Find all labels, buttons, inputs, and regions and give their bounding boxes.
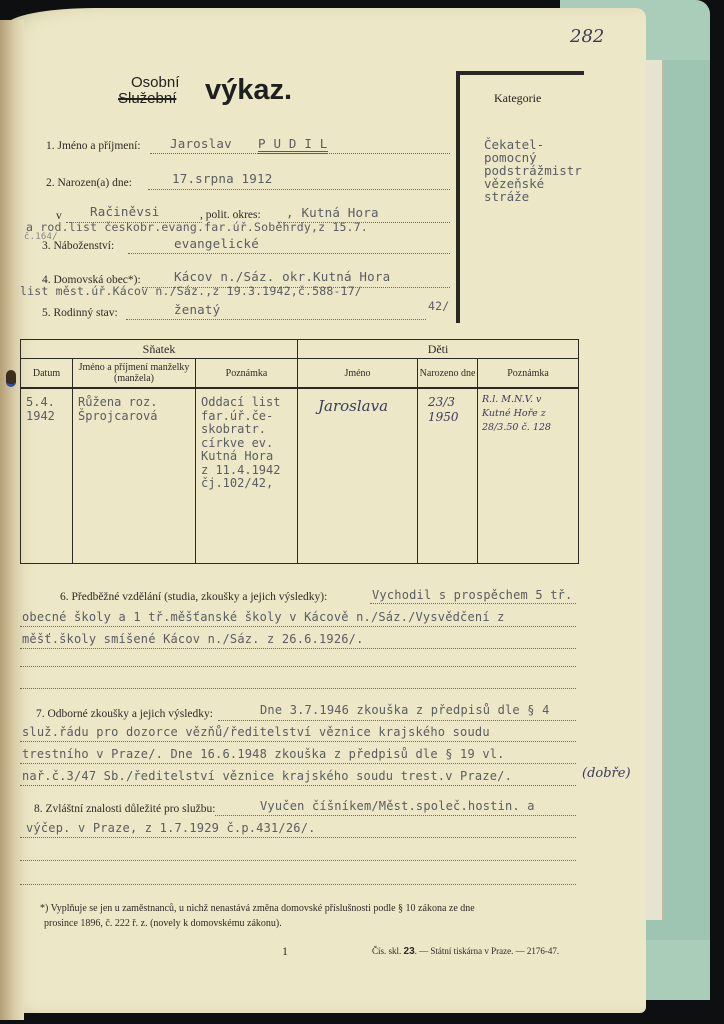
marital-status-line (126, 319, 426, 320)
education-dotline-3 (20, 648, 576, 649)
name-label: 1. Jméno a příjmení: (46, 140, 141, 152)
footnote-line-2: prosince 1896, č. 222 ř. z. (novely k do… (44, 918, 282, 929)
exams-dotline-4 (20, 785, 576, 786)
binder-clip-icon (6, 370, 16, 387)
special-skills-label: 8. Zvláštní znalosti důležité pro službu… (34, 803, 215, 815)
religion-value: evangelické (174, 236, 259, 251)
marriage-header: Sňatek (21, 340, 298, 359)
skills-dotline-2 (20, 837, 576, 838)
col-child-note: Poznámka (478, 359, 579, 389)
first-name-value: Jaroslav (170, 136, 232, 151)
spouse-name: Růžena roz. Šprojcarová (73, 389, 195, 423)
footnote-line-1: *) Vyplňuje se jen u zaměstnanců, u nich… (40, 903, 475, 914)
exams-dotline-3 (20, 763, 576, 764)
exams-line-3: trestního v Praze/. Dne 16.6.1948 zkoušk… (22, 747, 505, 761)
religion-label: 3. Náboženství: (42, 240, 114, 252)
exams-line-1: Dne 3.7.1946 zkouška z předpisů dle § 4 (260, 703, 550, 717)
last-name-value: P U D I L (258, 136, 328, 154)
birth-place-value: Račiněvsi (90, 204, 160, 219)
child-birth-date: 23/3 1950 (418, 389, 477, 425)
district-value: , Kutná Hora (286, 205, 379, 220)
printer-rest: . — Státní tiskárna v Praze. — 2176-47. (415, 946, 559, 956)
exams-line-4: nař.č.3/47 Sb./ředitelství věznice krajs… (22, 769, 512, 783)
col-child-name: Jméno (298, 359, 418, 389)
page-title: výkaz. (205, 74, 292, 107)
skills-dotline-3 (20, 860, 576, 861)
title-kind-selected: Osobní (131, 74, 179, 91)
page-number: 282 (570, 26, 604, 47)
col-marriage-note: Poznámka (196, 359, 298, 389)
domicile-note: list měst.úř.Kácov n./Sáz.,z 19.3.1942,č… (20, 284, 362, 298)
birth-date-label: 2. Narozen(a) dne: (46, 177, 132, 189)
col-spouse: Jméno a příjmení manželky (manžela) (73, 359, 196, 389)
printer-prefix: Čís. skl. (372, 946, 401, 956)
exams-line-2: služ.řádu pro dozorce vězňů/ředitelství … (22, 725, 490, 739)
education-line-2: obecné školy a 1 tř.měšťanské školy v Ká… (22, 610, 505, 624)
table-row: 5.4. 1942 Růžena roz. Šprojcarová Oddací… (21, 388, 579, 564)
domicile-value: Kácov n./Sáz. okr.Kutná Hora (174, 269, 390, 284)
exams-dotline-1 (218, 720, 576, 721)
birth-date-value: 17.srpna 1912 (172, 171, 272, 186)
skills-dotline-4 (20, 884, 576, 885)
page-number-printed: 1 (282, 944, 288, 959)
skills-dotline-1 (215, 815, 576, 816)
special-skills-line-2: výčep. v Praze, z 1.7.1929 č.p.431/26/. (26, 821, 316, 835)
exams-dotline-2 (20, 741, 576, 742)
education-dotline-5 (20, 688, 576, 689)
education-dotline-1 (370, 603, 576, 604)
category-value: Čekatel- pomocný podstrážmistr vězeňské … (484, 138, 582, 203)
birth-record-note: a rod.list českobr.evang.far.úř.Soběhrdy… (26, 220, 368, 234)
education-dotline-2 (20, 626, 576, 627)
category-label: Kategorie (494, 91, 541, 106)
marriage-children-table: Sňatek Děti Datum Jméno a příjmení manže… (20, 339, 579, 564)
title-kind-struck: Služební (118, 90, 176, 107)
marital-status-value: ženatý (174, 302, 220, 317)
education-line-3: měšť.školy smíšené Kácov n./Sáz. z 26.6.… (22, 632, 364, 646)
marriage-date: 5.4. 1942 (21, 389, 72, 423)
printer-number: 23 (404, 946, 415, 957)
exams-handwritten-note: (dobře) (582, 766, 631, 781)
education-line-1: Vychodil s prospěchem 5 tř. (372, 588, 572, 602)
printer-imprint: Čís. skl. 23. — Státní tiskárna v Praze.… (372, 946, 559, 957)
education-dotline-4 (20, 666, 576, 667)
education-label: 6. Předběžné vzdělání (studia, zkoušky a… (60, 591, 327, 603)
col-child-born: Narozeno dne (418, 359, 478, 389)
exams-label: 7. Odborné zkoušky a jejich výsledky: (36, 708, 213, 720)
child-name: Jaroslava (298, 389, 417, 415)
col-date: Datum (21, 359, 73, 389)
child-note: R.l. M.N.V. v Kutné Hoře z 28/3.50 č. 12… (478, 389, 578, 435)
marriage-note: Oddací list far.úř.če- skobratr. církve … (196, 389, 297, 491)
children-header: Děti (298, 340, 579, 359)
birth-date-line (148, 189, 450, 190)
domicile-note-end: 42/ (428, 299, 449, 313)
special-skills-line-1: Vyučen číšníkem/Měst.společ.hostin. a (260, 799, 535, 813)
marital-status-label: 5. Rodinný stav: (42, 307, 118, 319)
religion-line (128, 253, 450, 254)
